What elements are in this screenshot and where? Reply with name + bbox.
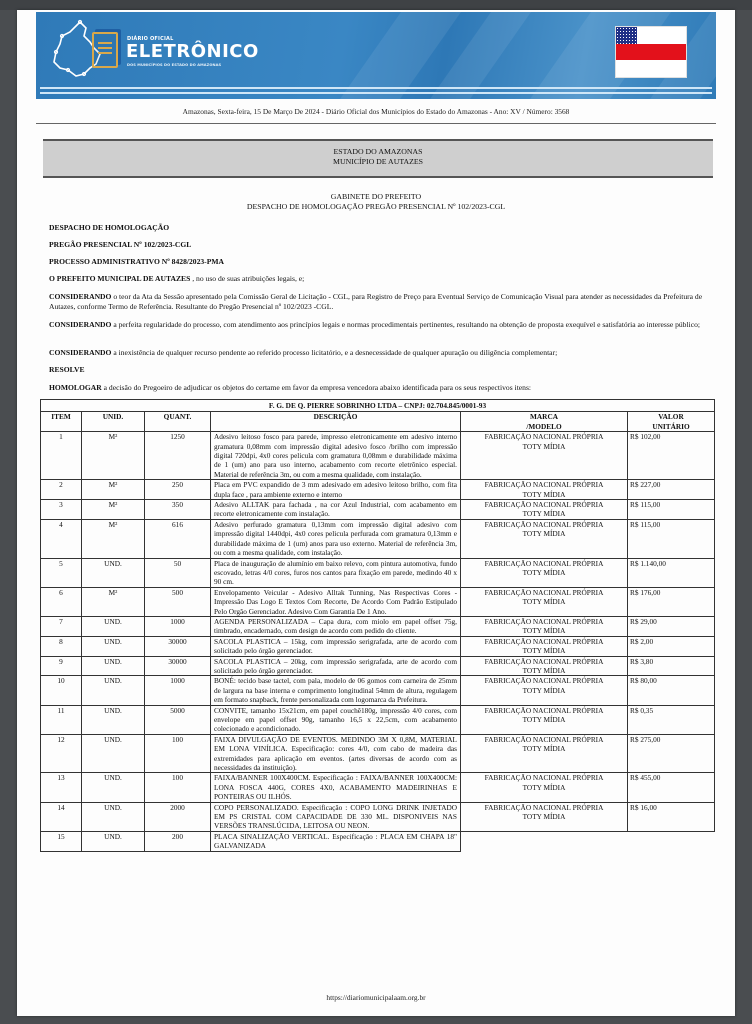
municipality-name: MUNICÍPIO DE AUTAZES: [43, 157, 713, 167]
cell-unit: UND.: [82, 831, 145, 851]
cell-item: 5: [41, 558, 82, 587]
cell-unit: M²: [82, 432, 145, 480]
viewer-top-bar: [0, 0, 752, 10]
cell-item: 6: [41, 587, 82, 616]
cell-unit: UND.: [82, 802, 145, 831]
paragraph-considering-3: CONSIDERANDO a inexistência de qualquer …: [49, 348, 719, 358]
cell-unit-price: R$ 115,00: [628, 500, 715, 520]
table-row: 12UND.100FAIXA DIVULGAÇÃO DE EVENTOS. ME…: [41, 734, 715, 773]
cell-item: 9: [41, 656, 82, 676]
cell-description: Adesivo perfurado gramatura 0,13mm com i…: [211, 519, 461, 558]
cell-item: 3: [41, 500, 82, 520]
cell-brand: FABRICAÇÃO NACIONAL PRÓPRIATOTY MÍDIA: [461, 705, 628, 734]
dispatch-title: DESPACHO DE HOMOLOGAÇÃO: [49, 223, 719, 233]
cell-qty: 100: [145, 734, 211, 773]
cell-brand: FABRICAÇÃO NACIONAL PRÓPRIATOTY MÍDIA: [461, 500, 628, 520]
cell-unit: UND.: [82, 773, 145, 802]
table-row: 3M²350Adesivo ALLTAK para fachada , na c…: [41, 500, 715, 520]
cell-description: CONVITE, tamanho 15x21cm, em papel couch…: [211, 705, 461, 734]
cell-empty: [461, 831, 628, 851]
cell-brand: FABRICAÇÃO NACIONAL PRÓPRIATOTY MÍDIA: [461, 587, 628, 616]
cell-item: 14: [41, 802, 82, 831]
table-row: 6M²500Envelopamento Veicular - Adesivo A…: [41, 587, 715, 616]
cell-qty: 30000: [145, 636, 211, 656]
paragraph-considering-2: CONSIDERANDO a perfeita regularidade do …: [49, 320, 719, 330]
cell-unit: M²: [82, 587, 145, 616]
cell-description: SACOLA PLASTICA – 15kg, com impressão se…: [211, 636, 461, 656]
cell-unit: UND.: [82, 705, 145, 734]
col-brand: MARCA/MODELO: [461, 412, 628, 432]
cell-description: BONÉ: tecido base tactel, com pala, mode…: [211, 676, 461, 705]
cell-brand: FABRICAÇÃO NACIONAL PRÓPRIATOTY MÍDIA: [461, 656, 628, 676]
cell-brand: FABRICAÇÃO NACIONAL PRÓPRIATOTY MÍDIA: [461, 616, 628, 636]
cell-brand: FABRICAÇÃO NACIONAL PRÓPRIATOTY MÍDIA: [461, 480, 628, 500]
table-row: 5UND.50Placa de inauguração de alumínio …: [41, 558, 715, 587]
cell-unit: UND.: [82, 558, 145, 587]
cell-unit-price: R$ 455,00: [628, 773, 715, 802]
cell-brand: FABRICAÇÃO NACIONAL PRÓPRIATOTY MÍDIA: [461, 802, 628, 831]
cell-unit-price: R$ 2,00: [628, 636, 715, 656]
cell-qty: 5000: [145, 705, 211, 734]
col-qty: QUANT.: [145, 412, 211, 432]
items-table: F. G. DE Q. PIERRE SOBRINHO LTDA – CNPJ:…: [40, 399, 715, 852]
divider: [36, 123, 716, 124]
cell-qty: 30000: [145, 656, 211, 676]
cell-qty: 616: [145, 519, 211, 558]
cell-item: 2: [41, 480, 82, 500]
cell-item: 4: [41, 519, 82, 558]
process-number: PROCESSO ADMINISTRATIVO Nº 8428/2023-PMA: [49, 257, 719, 267]
table-row: 7UND.1000AGENDA PERSONALIZADA – Capa dur…: [41, 616, 715, 636]
cell-brand: FABRICAÇÃO NACIONAL PRÓPRIATOTY MÍDIA: [461, 676, 628, 705]
cell-brand: FABRICAÇÃO NACIONAL PRÓPRIATOTY MÍDIA: [461, 773, 628, 802]
cell-qty: 200: [145, 831, 211, 851]
cell-item: 13: [41, 773, 82, 802]
cell-qty: 50: [145, 558, 211, 587]
cell-description: Adesivo ALLTAK para fachada , na cor Azu…: [211, 500, 461, 520]
cell-description: SACOLA PLASTICA – 20kg, com impressão se…: [211, 656, 461, 676]
table-row: 10UND.1000BONÉ: tecido base tactel, com …: [41, 676, 715, 705]
cell-description: FAIXA/BANNER 100X400CM. Especificação : …: [211, 773, 461, 802]
cell-item: 11: [41, 705, 82, 734]
table-row: 4M²616Adesivo perfurado gramatura 0,13mm…: [41, 519, 715, 558]
cell-unit-price: R$ 115,00: [628, 519, 715, 558]
table-row: 14UND.2000COPO PERSONALIZADO. Especifica…: [41, 802, 715, 831]
office-name: GABINETE DO PREFEITO: [17, 192, 735, 202]
cell-description: PLACA SINALIZAÇÃO VERTICAL. Especificaçã…: [211, 831, 461, 851]
cell-unit: UND.: [82, 734, 145, 773]
cell-item: 12: [41, 734, 82, 773]
cell-description: AGENDA PERSONALIZADA – Capa dura, com mi…: [211, 616, 461, 636]
cell-unit: M²: [82, 500, 145, 520]
cell-unit-price: R$ 80,00: [628, 676, 715, 705]
cell-qty: 2000: [145, 802, 211, 831]
table-row: 15UND.200PLACA SINALIZAÇÃO VERTICAL. Esp…: [41, 831, 715, 851]
footer-url: https://diariomunicipalaam.org.br: [17, 993, 735, 1002]
col-desc: DESCRIÇÃO: [211, 412, 461, 432]
cell-unit-price: R$ 3,80: [628, 656, 715, 676]
cell-qty: 350: [145, 500, 211, 520]
cell-unit-price: R$ 102,00: [628, 432, 715, 480]
cell-unit: UND.: [82, 616, 145, 636]
cell-unit: M²: [82, 480, 145, 500]
logo-subtitle: DOS MUNICÍPIOS DO ESTADO DO AMAZONAS: [127, 63, 221, 67]
cell-item: 1: [41, 432, 82, 480]
amazonas-flag-icon: [615, 26, 687, 78]
document-logo-icon: [92, 32, 118, 68]
cell-unit-price: R$ 227,00: [628, 480, 715, 500]
cell-item: 10: [41, 676, 82, 705]
cell-brand: FABRICAÇÃO NACIONAL PRÓPRIATOTY MÍDIA: [461, 636, 628, 656]
paragraph-homologate: HOMOLOGAR a decisão do Pregoeiro de adju…: [49, 383, 719, 393]
cell-qty: 1000: [145, 616, 211, 636]
cell-qty: 1250: [145, 432, 211, 480]
cell-unit: UND.: [82, 656, 145, 676]
cell-unit-price: R$ 1.140,00: [628, 558, 715, 587]
header-banner: DIÁRIO OFICIAL ELETRÔNICO DOS MUNICÍPIOS…: [36, 12, 716, 99]
cell-description: Placa de inauguração de alumínio em baix…: [211, 558, 461, 587]
cell-unit: UND.: [82, 636, 145, 656]
col-unit: UNID.: [82, 412, 145, 432]
cell-description: COPO PERSONALIZADO. Especificação : COPO…: [211, 802, 461, 831]
table-row: 1M²1250Adesivo leitoso fosco para parede…: [41, 432, 715, 480]
state-name: ESTADO DO AMAZONAS: [43, 147, 713, 157]
table-row: 13UND.100FAIXA/BANNER 100X400CM. Especif…: [41, 773, 715, 802]
publication-dateline: Amazonas, Sexta-feira, 15 De Março De 20…: [17, 107, 735, 116]
cell-brand: FABRICAÇÃO NACIONAL PRÓPRIATOTY MÍDIA: [461, 734, 628, 773]
cell-brand: FABRICAÇÃO NACIONAL PRÓPRIATOTY MÍDIA: [461, 558, 628, 587]
cell-brand: FABRICAÇÃO NACIONAL PRÓPRIATOTY MÍDIA: [461, 432, 628, 480]
cell-unit: M²: [82, 519, 145, 558]
col-item: ITEM: [41, 412, 82, 432]
cell-brand: FABRICAÇÃO NACIONAL PRÓPRIATOTY MÍDIA: [461, 519, 628, 558]
cell-unit: UND.: [82, 676, 145, 705]
table-row: 9UND.30000SACOLA PLASTICA – 20kg, com im…: [41, 656, 715, 676]
auction-number: PREGÃO PRESENCIAL Nº 102/2023-CGL: [49, 240, 719, 250]
cell-description: Envelopamento Veicular - Adesivo Alltak …: [211, 587, 461, 616]
cell-unit-price: R$ 176,00: [628, 587, 715, 616]
cell-qty: 500: [145, 587, 211, 616]
cell-description: Placa em PVC expandido de 3 mm adesivado…: [211, 480, 461, 500]
col-price: VALORUNITÁRIO: [628, 412, 715, 432]
table-row: 8UND.30000SACOLA PLASTICA – 15kg, com im…: [41, 636, 715, 656]
state-header-box: ESTADO DO AMAZONAS MUNICÍPIO DE AUTAZES: [43, 139, 713, 178]
cell-description: Adesivo leitoso fosco para parede, impre…: [211, 432, 461, 480]
cell-unit-price: R$ 275,00: [628, 734, 715, 773]
cell-unit-price: R$ 0,35: [628, 705, 715, 734]
logo-title: ELETRÔNICO: [126, 41, 259, 62]
cell-item: 8: [41, 636, 82, 656]
document-heading: DESPACHO DE HOMOLOGAÇÃO PREGÃO PRESENCIA…: [17, 202, 735, 212]
company-header: F. G. DE Q. PIERRE SOBRINHO LTDA – CNPJ:…: [41, 400, 715, 412]
cell-qty: 1000: [145, 676, 211, 705]
cell-unit-price: R$ 16,00: [628, 802, 715, 831]
cell-qty: 100: [145, 773, 211, 802]
table-row: 11UND.5000CONVITE, tamanho 15x21cm, em p…: [41, 705, 715, 734]
office-heading: GABINETE DO PREFEITO DESPACHO DE HOMOLOG…: [17, 192, 735, 212]
cell-qty: 250: [145, 480, 211, 500]
cell-item: 15: [41, 831, 82, 851]
document-page: DIÁRIO OFICIAL ELETRÔNICO DOS MUNICÍPIOS…: [17, 10, 735, 1016]
cell-item: 7: [41, 616, 82, 636]
table-row: 2M²250Placa em PVC expandido de 3 mm ade…: [41, 480, 715, 500]
cell-empty: [628, 831, 715, 851]
cell-unit-price: R$ 29,00: [628, 616, 715, 636]
paragraph-resolve: RESOLVE: [49, 365, 719, 375]
paragraph-mayor: O PREFEITO MUNICIPAL DE AUTAZES , no uso…: [49, 274, 719, 284]
paragraph-considering-1: CONSIDERANDO o teor da Ata da Sessão apr…: [49, 292, 719, 312]
cell-description: FAIXA DIVULGAÇÃO DE EVENTOS. MEDINDO 3M …: [211, 734, 461, 773]
